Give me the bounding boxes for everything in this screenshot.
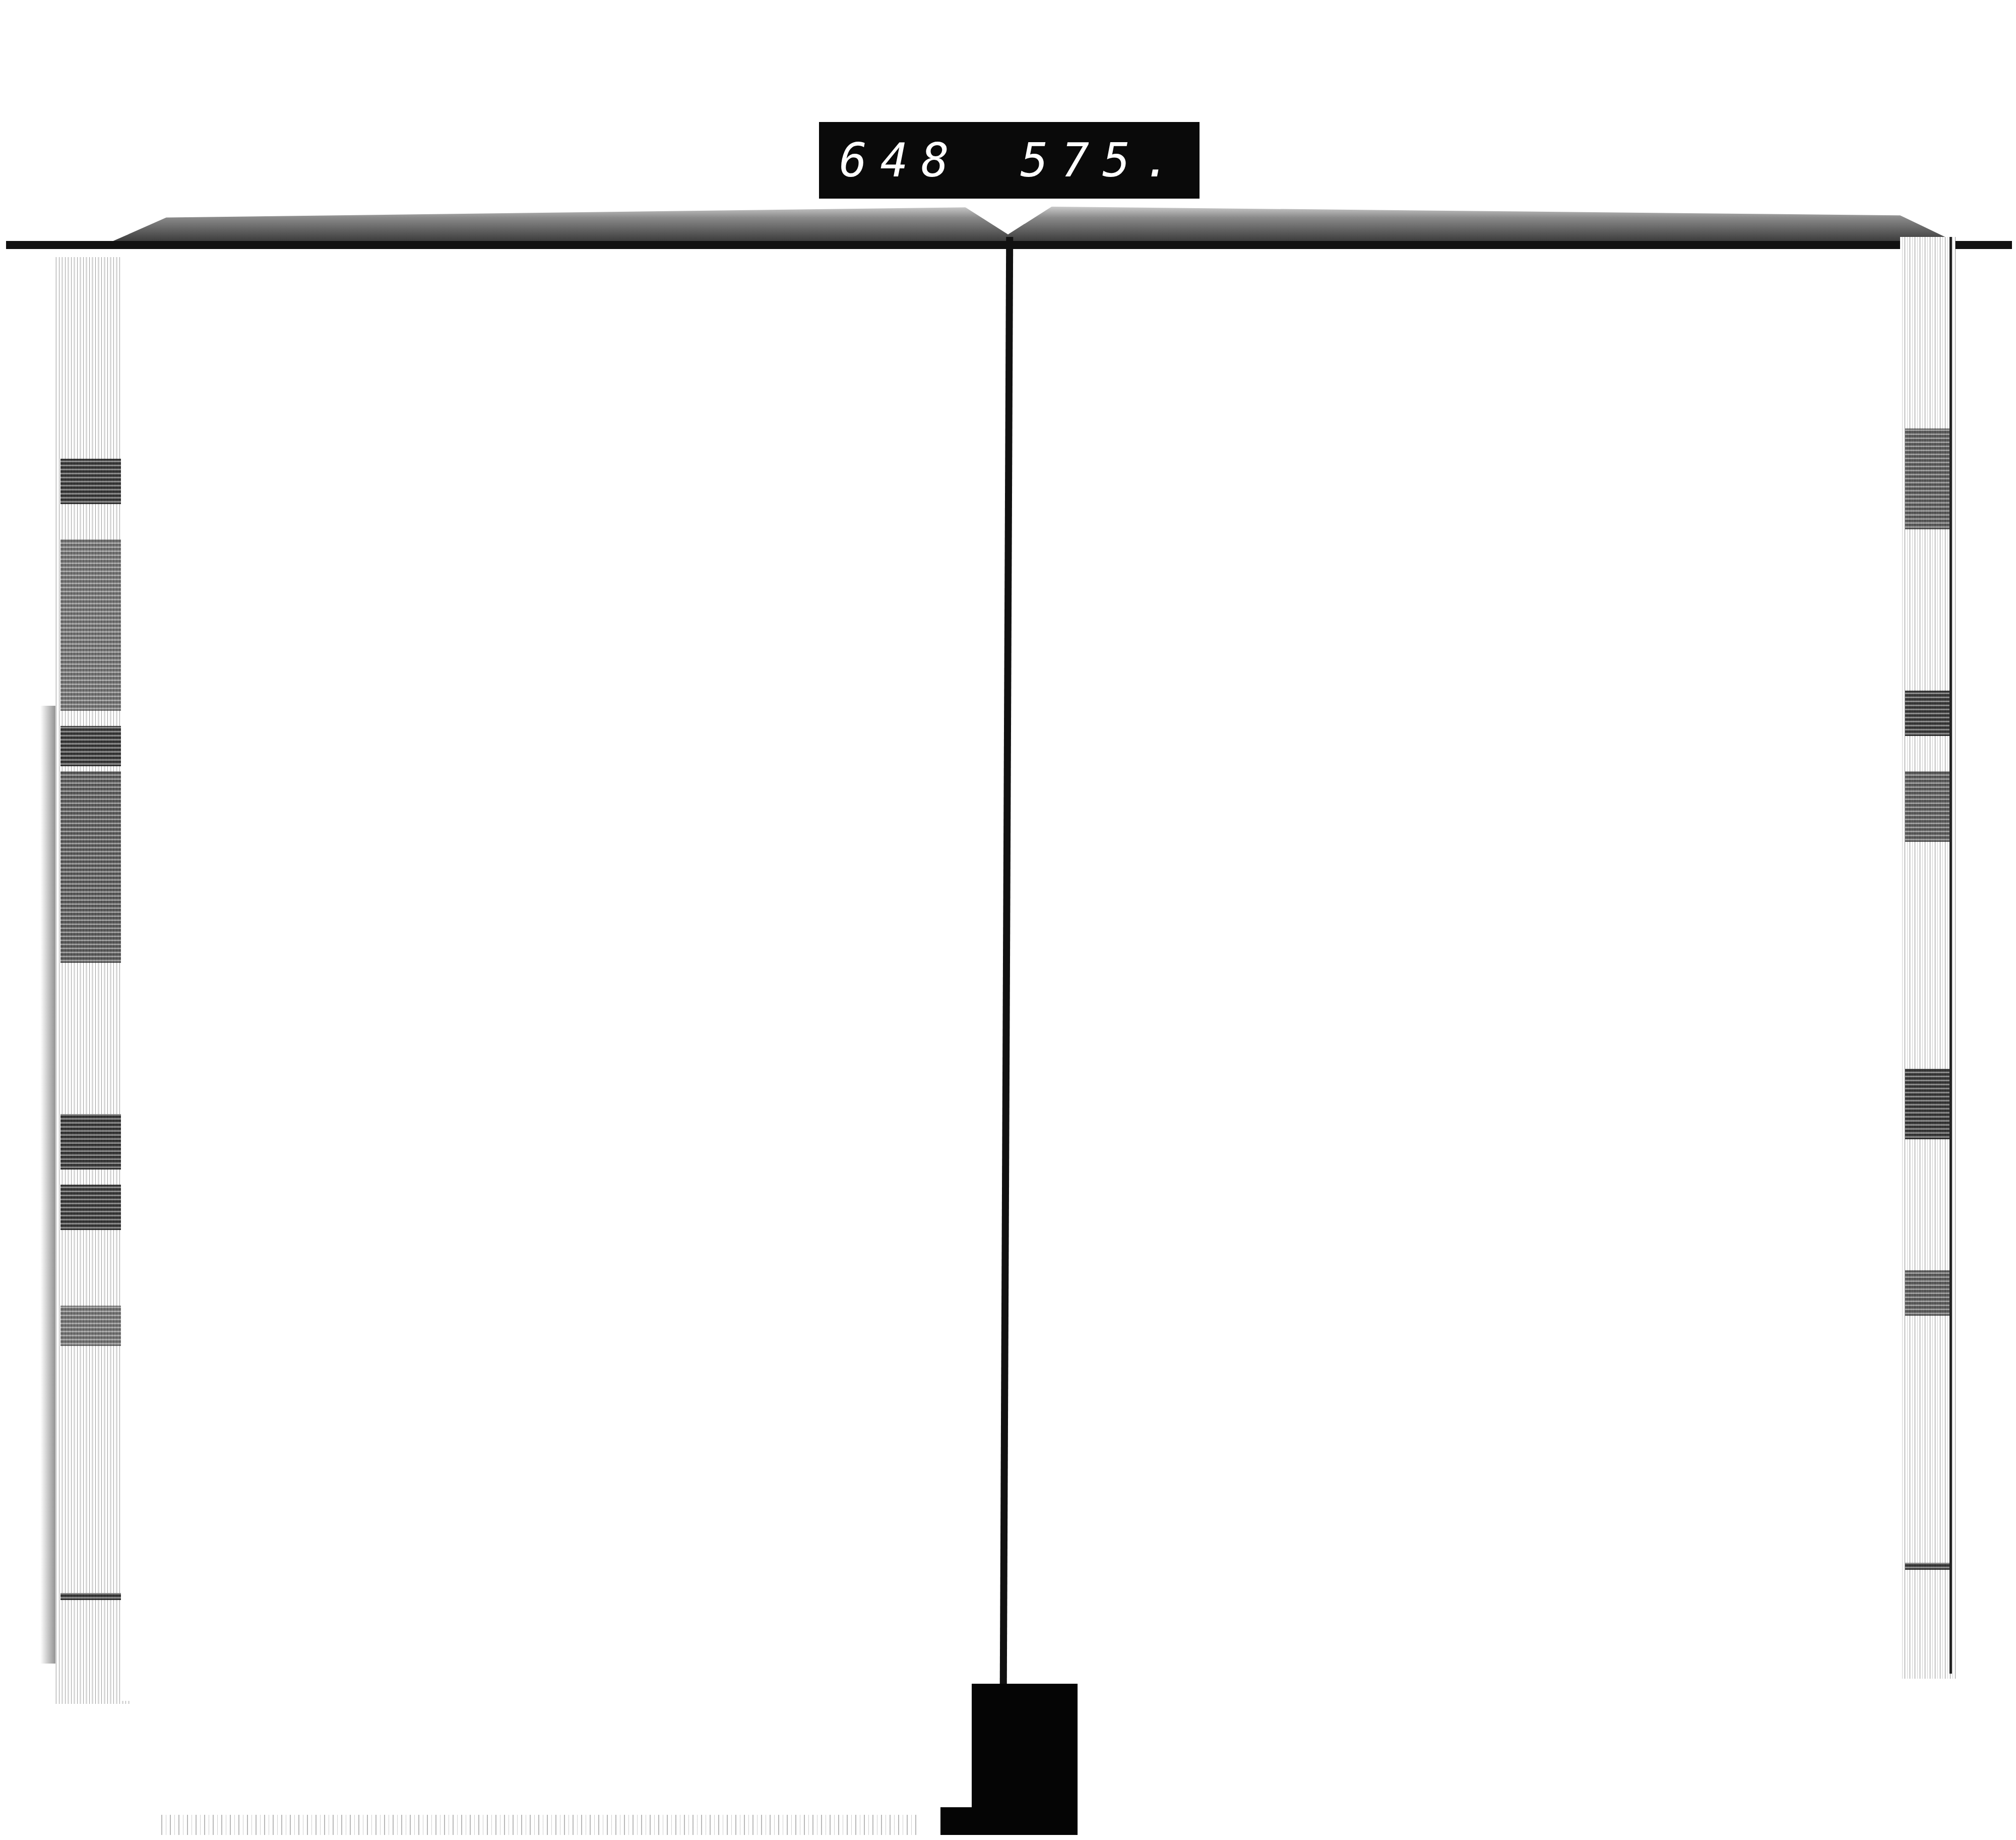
- book-clamp: [972, 1684, 1078, 1835]
- right-page-fore-edge: [1900, 237, 1956, 1679]
- right-edge-line: [1949, 237, 1952, 1674]
- frame-counter-left: 648: [839, 134, 962, 188]
- left-page: [121, 249, 1008, 1701]
- right-page: [1018, 249, 1905, 1701]
- frame-counter-right: 575.: [1020, 134, 1184, 188]
- left-page-fore-edge: [55, 257, 131, 1704]
- frame-counter: 648 575.: [819, 122, 1200, 199]
- bottom-speckle-strip: [161, 1815, 917, 1835]
- microfilm-scan: 648 575.: [0, 0, 2016, 1840]
- book-clamp-foot: [940, 1807, 981, 1835]
